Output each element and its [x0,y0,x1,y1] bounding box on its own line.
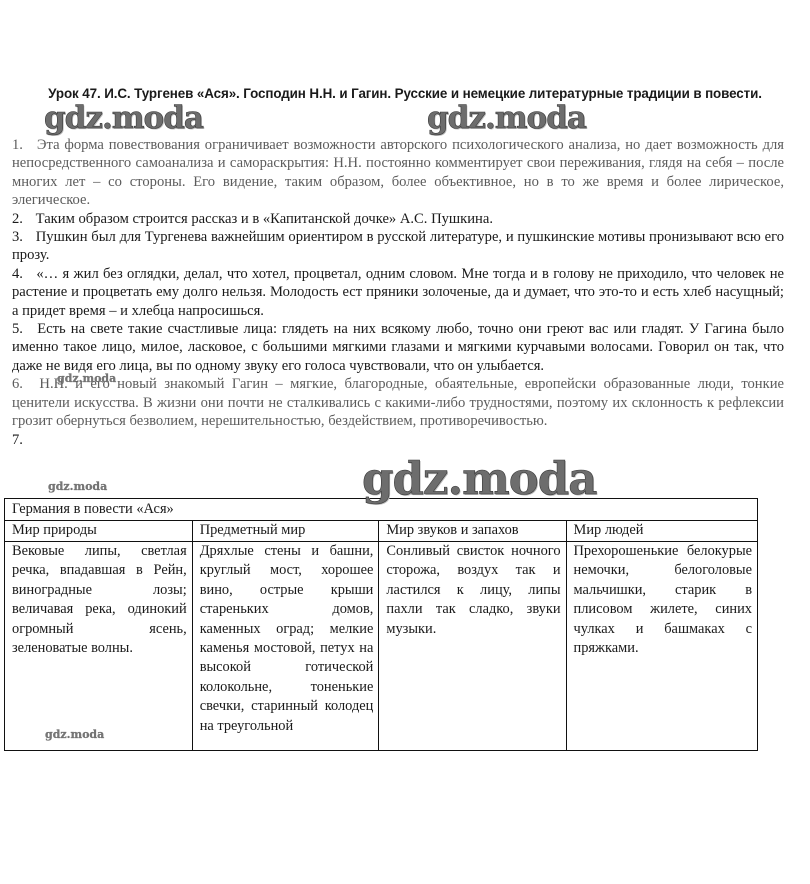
paragraph-number: 6. [12,375,32,393]
watermark: gdz.moda [48,481,107,493]
watermark: gdz.moda [427,101,586,135]
table-row: Вековые липы, светлая речка, впадавшая в… [5,542,758,751]
paragraph-number: 1. [12,136,32,154]
answer-paragraph-3: 3. Пушкин был для Тургенева важнейшим ор… [12,228,784,265]
column-header-people: Мир людей [566,521,757,542]
cell-objects: Дряхлые стены и башни, круглый мост, хор… [192,542,379,751]
table-header-row: Мир природы Предметный мир Мир звуков и … [5,521,758,542]
column-header-sounds-smells: Мир звуков и запахов [379,521,566,542]
paragraph-text: Таким образом строится рассказ и в «Капи… [36,211,493,227]
column-header-objects: Предметный мир [192,521,379,542]
paragraph-number: 2. [12,210,32,228]
paragraph-number: 3. [12,228,32,246]
watermark: gdz.moda [57,373,116,385]
paragraph-number: 5. [12,320,32,338]
germany-table: Германия в повести «Ася» Мир природы Пре… [4,498,758,751]
answer-paragraph-1: 1. Эта форма повествования ограничивает … [12,136,784,210]
watermark: gdz.moda [44,101,203,135]
watermark: gdz.moda [45,729,104,741]
paragraph-number: 7. [12,431,32,449]
cell-people: Прехорошенькие белокурые немочки, белого… [566,542,757,751]
watermark: gdz.moda [362,455,596,503]
answer-paragraph-5: 5. Есть на свете такие счастливые лица: … [12,320,784,375]
answer-paragraph-6: 6. Н.Н. и его новый знакомый Гагин – мяг… [12,375,784,430]
answers-body: 1. Эта форма повествования ограничивает … [12,136,784,449]
answer-paragraph-7: 7. [12,431,784,449]
cell-nature: Вековые липы, светлая речка, впадавшая в… [5,542,193,751]
paragraph-text: Эта форма повествования ограничивает воз… [12,137,784,208]
paragraph-text: «… я жил без оглядки, делал, что хотел, … [12,266,784,319]
column-header-nature: Мир природы [5,521,193,542]
answer-paragraph-2: 2. Таким образом строится рассказ и в «К… [12,210,784,228]
paragraph-text: Н.Н. и его новый знакомый Гагин – мягкие… [12,376,784,429]
paragraph-text: Есть на свете такие счастливые лица: гля… [12,321,784,374]
answer-paragraph-4: 4. «… я жил без оглядки, делал, что хоте… [12,265,784,320]
paragraph-text: Пушкин был для Тургенева важнейшим ориен… [12,229,784,263]
cell-sounds-smells: Сонливый свисток ночного сторожа, воздух… [379,542,566,751]
paragraph-number: 4. [12,265,32,283]
